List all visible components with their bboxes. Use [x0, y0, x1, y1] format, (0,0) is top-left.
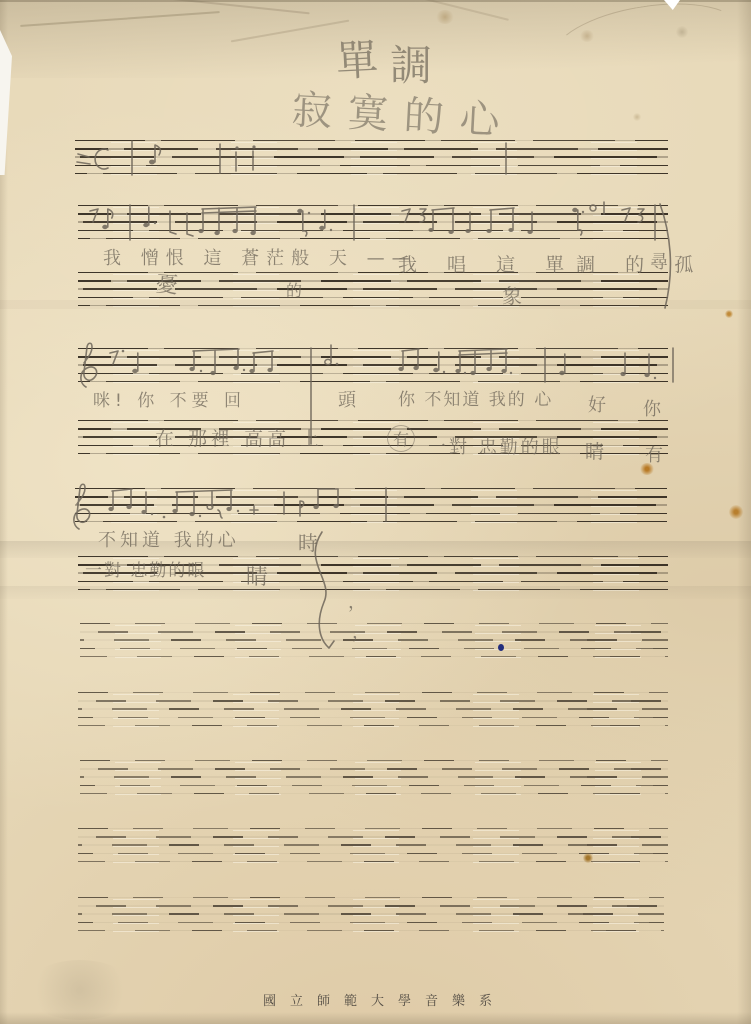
lyric-fragment: 不知道 我的心: [98, 526, 240, 552]
lyric-fragment: 時: [298, 527, 318, 556]
lyric-fragment: 有: [645, 441, 663, 467]
treble-clef: [74, 484, 90, 529]
lyric-fragment: 一對 忠勤的眼: [85, 556, 206, 581]
scanned-manuscript-page: 單 調 寂寞的心: [0, 0, 751, 1024]
lyric-fragment: 頭: [338, 386, 356, 412]
staff: [80, 760, 668, 796]
lyric-fragment: ，: [348, 588, 366, 614]
staff: [78, 828, 668, 864]
lyric-fragment: 好: [588, 391, 606, 417]
lyric-fragment: ，: [352, 618, 370, 644]
lyric-fragment: 睛: [585, 437, 604, 464]
lyric-fragment: 有: [387, 425, 415, 452]
lyric-fragment: 憂: [155, 267, 180, 300]
lyric-fragment: 尋: [650, 248, 668, 274]
treble-clef: [81, 343, 97, 387]
lyric-fragment: 你 不知道 我的 心: [398, 385, 553, 410]
lyric-fragment: 象: [502, 280, 522, 309]
staff: [78, 692, 668, 728]
stamp-text: 國立師範大學音樂系: [263, 990, 506, 1009]
lyric-fragment: 的: [286, 278, 302, 301]
lyric-fragment: 睛: [246, 560, 268, 591]
lyric-fragment: 我 憎恨 這 蒼茫般 天 ——: [103, 244, 417, 270]
lyric-fragment: 一對 忠勤的眼: [428, 433, 563, 459]
staff: [78, 897, 664, 933]
lyric-fragment: 你: [643, 395, 661, 421]
lyric-fragment: 在 那裡 高高 上: [155, 424, 323, 451]
notation-system-1: [70, 135, 680, 185]
lyric-fragment: 咪! 你 不要 回: [93, 386, 246, 411]
